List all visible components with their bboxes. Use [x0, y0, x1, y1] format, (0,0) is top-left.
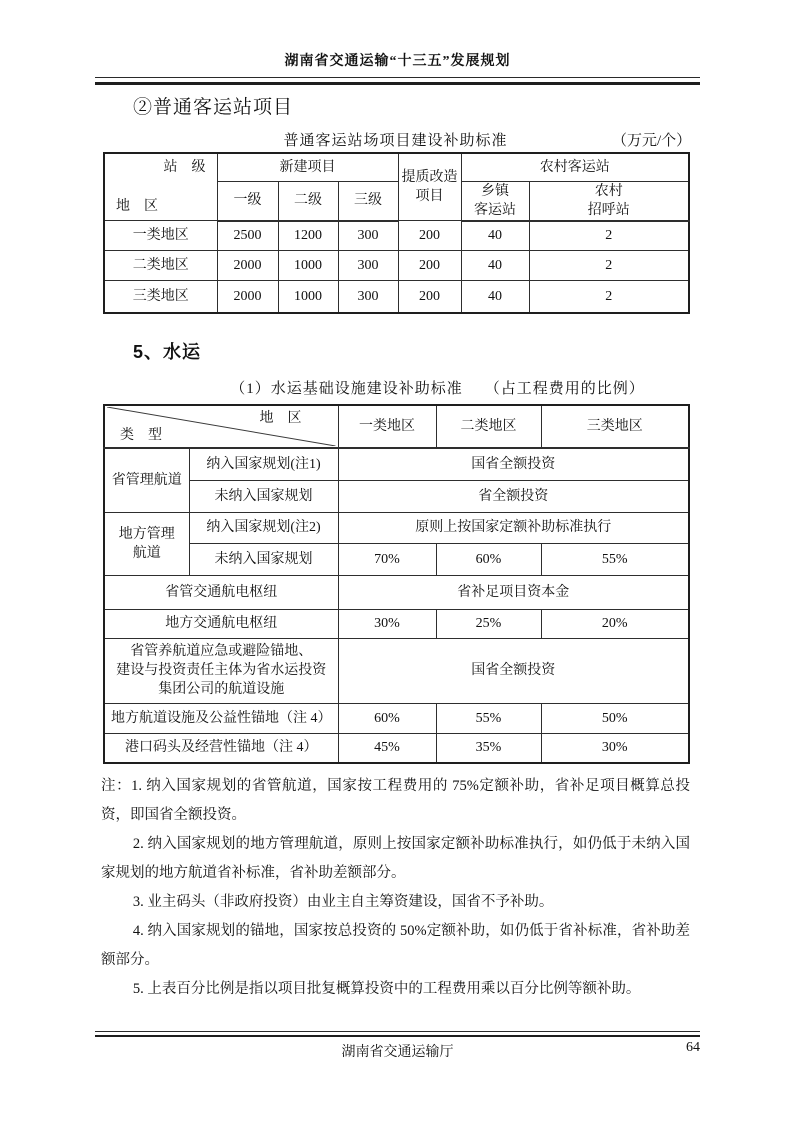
table-row: 省管理航道 纳入国家规划(注1) 国省全额投资 [104, 448, 689, 480]
cell-merged: 省补足项目资本金 [338, 575, 689, 609]
table1-caption: 普通客运站场项目建设补助标准 [103, 129, 688, 150]
notes-block: 注：1. 纳入国家规划的省管航道，国家按工程费用的 75%定额补助，省补足项目概… [101, 772, 690, 1004]
t1-header-new-projects: 新建项目 [217, 153, 398, 181]
corner-labels: 站 级 地 区 [107, 155, 215, 219]
row-label: 二类地区 [104, 251, 217, 281]
t2-header-region-3: 三类地区 [541, 405, 689, 448]
cell-merged: 省全额投资 [338, 480, 689, 512]
waterway-subsidy-table: 地 区 类 型 一类地区 二类地区 三类地区 省管理航道 纳入国家规划(注1) … [103, 404, 690, 764]
cell-value: 2500 [217, 221, 278, 251]
note-item: 注：1. 纳入国家规划的省管航道，国家按工程费用的 75%定额补助，省补足项目概… [101, 772, 690, 830]
row-label: 纳入国家规划(注2) [189, 512, 338, 543]
t1-header-rural-stop: 农村 招呼站 [529, 181, 689, 221]
cell-value: 200 [398, 281, 461, 313]
table1-unit: （万元/个） [612, 129, 691, 150]
page-number: 64 [650, 1040, 700, 1056]
diagonal-cell-box: 地 区 类 型 [107, 407, 336, 446]
cell-value: 55% [436, 703, 541, 733]
cell-value: 60% [338, 703, 436, 733]
table2-caption: （1）水运基础设施建设补助标准 [230, 377, 463, 398]
t1-header-level-1: 一级 [217, 181, 278, 221]
table-row: 省管交通航电枢纽 省补足项目资本金 [104, 575, 689, 609]
header-title: 湖南省交通运输“十三五”发展规划 [95, 50, 700, 70]
row-label: 地方航道设施及公益性锚地（注 4） [104, 703, 338, 733]
cell-value: 2 [529, 281, 689, 313]
cell-value: 20% [541, 609, 689, 638]
cell-value: 2000 [217, 251, 278, 281]
cell-value: 40 [461, 281, 529, 313]
footer-org: 湖南省交通运输厅 [95, 1041, 700, 1061]
row-group-label: 省管理航道 [104, 448, 189, 512]
row-label: 省管交通航电枢纽 [104, 575, 338, 609]
t1-header-rural-group: 农村客运站 [461, 153, 689, 181]
cell-value: 50% [541, 703, 689, 733]
cell-value: 60% [436, 543, 541, 575]
cell-value: 30% [541, 733, 689, 763]
t1-header-township-station: 乡镇 客运站 [461, 181, 529, 221]
cell-value: 70% [338, 543, 436, 575]
corner-label-type: 类 型 [120, 426, 162, 445]
cell-value: 55% [541, 543, 689, 575]
cell-value: 1000 [278, 251, 338, 281]
cell-merged: 国省全额投资 [338, 638, 689, 703]
table-row: 一类地区 2500 1200 300 200 40 2 [104, 221, 689, 251]
header-rule [95, 77, 700, 85]
t2-header-region-2: 二类地区 [436, 405, 541, 448]
t2-header-row: 地 区 类 型 一类地区 二类地区 三类地区 [104, 405, 689, 448]
corner-label-station-level: 站 级 [107, 158, 215, 177]
cell-value: 45% [338, 733, 436, 763]
cell-value: 300 [338, 281, 398, 313]
table-row: 省管养航道应急或避险锚地、 建设与投资责任主体为省水运投资 集团公司的航道设施 … [104, 638, 689, 703]
row-label: 港口码头及经营性锚地（注 4） [104, 733, 338, 763]
table-row: 二类地区 2000 1000 300 200 40 2 [104, 251, 689, 281]
cell-value: 1000 [278, 281, 338, 313]
note-item: 4. 纳入国家规划的锚地，国家按总投资的 50%定额补助，如仍低于省补标准，省补… [101, 917, 690, 975]
cell-value: 40 [461, 251, 529, 281]
section-heading-waterway: 5、水运 [133, 338, 201, 364]
table-row: 地方航道设施及公益性锚地（注 4） 60% 55% 50% [104, 703, 689, 733]
corner-label-region: 地 区 [260, 409, 302, 428]
cell-value: 2 [529, 221, 689, 251]
cell-value: 35% [436, 733, 541, 763]
row-label: 未纳入国家规划 [189, 543, 338, 575]
corner-label-region: 地 区 [107, 197, 215, 216]
cell-value: 2 [529, 251, 689, 281]
cell-value: 200 [398, 221, 461, 251]
t2-corner-cell: 地 区 类 型 [104, 405, 338, 448]
cell-value: 30% [338, 609, 436, 638]
table-row: 未纳入国家规划 70% 60% 55% [104, 543, 689, 575]
row-group-label: 地方管理 航道 [104, 512, 189, 575]
note-item: 2. 纳入国家规划的地方管理航道，原则上按国家定额补助标准执行，如仍低于未纳入国… [101, 830, 690, 888]
cell-value: 300 [338, 251, 398, 281]
row-label: 三类地区 [104, 281, 217, 313]
row-label: 未纳入国家规划 [189, 480, 338, 512]
table-row: 地方交通航电枢纽 30% 25% 20% [104, 609, 689, 638]
footer-rule [95, 1031, 700, 1037]
t1-header-level-3: 三级 [338, 181, 398, 221]
row-label: 纳入国家规划(注1) [189, 448, 338, 480]
t2-header-region-1: 一类地区 [338, 405, 436, 448]
note-item: 5. 上表百分比例是指以项目批复概算投资中的工程费用乘以百分比例等额补助。 [101, 975, 690, 1004]
section-heading-bus-stations: ②普通客运站项目 [133, 92, 293, 119]
cell-value: 40 [461, 221, 529, 251]
table-row: 三类地区 2000 1000 300 200 40 2 [104, 281, 689, 313]
table2-caption-note: （占工程费用的比例） [485, 377, 645, 398]
document-page: 湖南省交通运输“十三五”发展规划 ②普通客运站项目 普通客运站场项目建设补助标准… [0, 0, 793, 1122]
cell-value: 200 [398, 251, 461, 281]
row-label: 省管养航道应急或避险锚地、 建设与投资责任主体为省水运投资 集团公司的航道设施 [104, 638, 338, 703]
t1-corner-cell: 站 级 地 区 [104, 153, 217, 221]
row-label: 地方交通航电枢纽 [104, 609, 338, 638]
cell-value: 25% [436, 609, 541, 638]
cell-value: 300 [338, 221, 398, 251]
cell-value: 1200 [278, 221, 338, 251]
table-row: 未纳入国家规划 省全额投资 [104, 480, 689, 512]
row-label: 一类地区 [104, 221, 217, 251]
table-row: 港口码头及经营性锚地（注 4） 45% 35% 30% [104, 733, 689, 763]
t1-header-row-1: 站 级 地 区 新建项目 提质改造 项目 农村客运站 [104, 153, 689, 181]
cell-value: 2000 [217, 281, 278, 313]
cell-merged: 原则上按国家定额补助标准执行 [338, 512, 689, 543]
table2-caption-row: （1）水运基础设施建设补助标准 （占工程费用的比例） [145, 377, 730, 398]
note-item: 3. 业主码头（非政府投资）由业主自主筹资建设，国省不予补助。 [101, 888, 690, 917]
cell-merged: 国省全额投资 [338, 448, 689, 480]
t1-header-upgrade: 提质改造 项目 [398, 153, 461, 221]
bus-station-subsidy-table: 站 级 地 区 新建项目 提质改造 项目 农村客运站 一级 二级 三级 乡镇 客… [103, 152, 690, 314]
t1-header-level-2: 二级 [278, 181, 338, 221]
table-row: 地方管理 航道 纳入国家规划(注2) 原则上按国家定额补助标准执行 [104, 512, 689, 543]
